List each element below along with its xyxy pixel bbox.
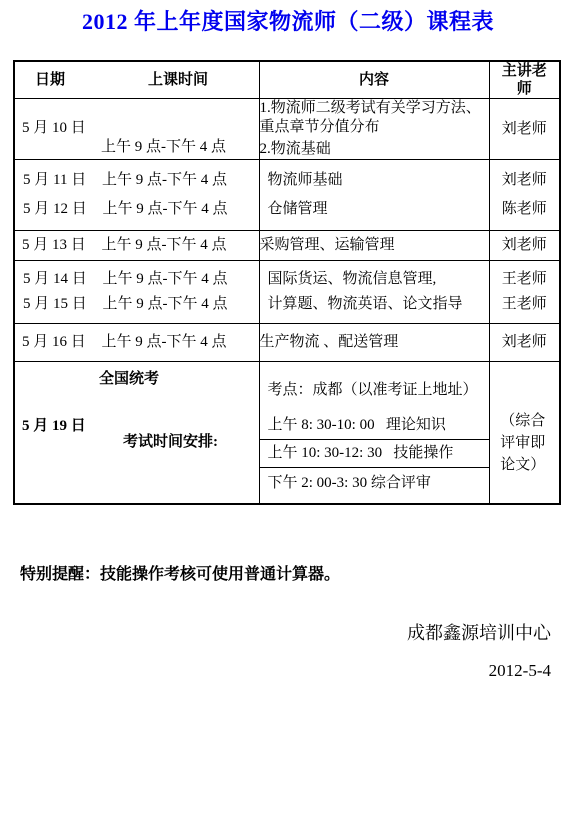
- course-schedule-table: 日期 上课时间 内容 主讲老师 5 月 10 日 上午 9 点-下午 4 点 1: [13, 60, 561, 505]
- col-header-time: 上课时间: [148, 73, 208, 88]
- row-may11-may12-date-time-cell: 5 月 11 日 上午 9 点-下午 4 点 5 月 12 日 上午 9 点-下…: [14, 160, 259, 231]
- exam-date: 5 月 19 日: [22, 419, 86, 434]
- exam-session-3: 下午 2: 00-3: 30 综合评审: [260, 468, 489, 491]
- row-may13-teacher: 刘老师: [489, 231, 560, 261]
- row-may11-may12-teacher-cell: 刘老师 陈老师: [489, 160, 560, 231]
- header-cell-content: 内容: [259, 61, 489, 99]
- row-may16-time: 上午 9 点-下午 4 点: [102, 334, 227, 350]
- col-header-content: 内容: [359, 72, 389, 88]
- row-may11-content: 物流师基础: [260, 173, 489, 188]
- exam-session-1: 上午 8: 30-10: 00 理论知识: [268, 418, 485, 433]
- exam-review-note: （综合评审即论文）: [500, 410, 548, 476]
- special-reminder: 特别提醒：技能操作考核可使用普通计算器。: [20, 561, 340, 584]
- row-may16-teacher: 刘老师: [489, 324, 560, 362]
- row-may14-date: 5 月 14 日: [23, 271, 87, 287]
- row-may14-may15-teacher-cell: 王老师 王老师: [489, 261, 560, 324]
- row-may10-teacher: 刘老师: [489, 99, 560, 160]
- row-may10-date: 5 月 10 日: [22, 121, 86, 136]
- row-may12-content: 仓储管理: [260, 202, 489, 217]
- row-may14-time: 上午 9 点-下午 4 点: [103, 271, 228, 287]
- row-may15-content: 计算题、物流英语、论文指导: [260, 297, 489, 312]
- row-may10-content-2: 2.物流基础: [260, 140, 489, 159]
- row-may10-date-time-cell: 5 月 10 日 上午 9 点-下午 4 点: [14, 99, 259, 160]
- row-may13: 5 月 13 日 上午 9 点-下午 4 点 采购管理、运输管理 刘老师: [14, 231, 560, 261]
- row-may14-teacher: 王老师: [490, 272, 560, 287]
- document-page: 2012 年上年度国家物流师（二级）课程表 日期 上课时间 内容 主讲老师: [0, 0, 576, 830]
- row-may15-teacher: 王老师: [490, 297, 560, 312]
- doc-date: 2012-5-4: [489, 661, 551, 681]
- row-may11-time: 上午 9 点-下午 4 点: [102, 172, 227, 188]
- row-may15-time: 上午 9 点-下午 4 点: [103, 296, 228, 312]
- col-header-teacher: 主讲老师: [499, 62, 549, 98]
- row-may14-may15-date-time-cell: 5 月 14 日 上午 9 点-下午 4 点 5 月 15 日 上午 9 点-下…: [14, 261, 259, 324]
- exam-left-cell: 全国统考 5 月 19 日 考试时间安排:: [14, 362, 259, 504]
- doc-title: 2012 年上年度国家物流师（二级）课程表: [0, 5, 576, 36]
- row-may16-date: 5 月 16 日: [22, 334, 86, 350]
- col-header-date: 日期: [35, 73, 65, 88]
- row-may10-content-1: 1.物流师二级考试有关学习方法、重点章节分值分布: [260, 99, 489, 137]
- exam-schedule-label: 考试时间安排:: [123, 435, 218, 450]
- row-may12-date: 5 月 12 日: [23, 201, 87, 217]
- exam-content-cell: 考点：成都（以准考证上地址） 上午 8: 30-10: 00 理论知识 上午 1…: [259, 362, 489, 504]
- row-may12-teacher: 陈老师: [490, 202, 560, 217]
- row-may13-time: 上午 9 点-下午 4 点: [102, 237, 227, 253]
- row-may16: 5 月 16 日 上午 9 点-下午 4 点 生产物流 、配送管理 刘老师: [14, 324, 560, 362]
- row-may14-may15: 5 月 14 日 上午 9 点-下午 4 点 5 月 15 日 上午 9 点-下…: [14, 261, 560, 324]
- header-cell-date-time: 日期 上课时间: [14, 61, 259, 99]
- header-cell-teacher: 主讲老师: [489, 61, 560, 99]
- row-may10-content-cell: 1.物流师二级考试有关学习方法、重点章节分值分布 2.物流基础: [259, 99, 489, 160]
- row-may11-may12-content-cell: 物流师基础 仓储管理: [259, 160, 489, 231]
- row-may12-time: 上午 9 点-下午 4 点: [103, 201, 228, 217]
- organization-signature: 成都鑫源培训中心: [407, 619, 551, 645]
- row-may13-date-time-cell: 5 月 13 日 上午 9 点-下午 4 点: [14, 231, 259, 261]
- row-may19-exam: 全国统考 5 月 19 日 考试时间安排: 考点：成都（以准考证上地址） 上午 …: [14, 362, 560, 504]
- row-may16-date-time-cell: 5 月 16 日 上午 9 点-下午 4 点: [14, 324, 259, 362]
- row-may11-teacher: 刘老师: [490, 173, 560, 188]
- exam-venue: 考点：成都（以准考证上地址）: [268, 383, 485, 398]
- exam-session-2: 上午 10: 30-12: 30 技能操作: [260, 440, 489, 468]
- row-may11-date: 5 月 11 日: [23, 172, 86, 188]
- row-may14-content: 国际货运、物流信息管理,: [260, 272, 489, 287]
- row-may14-may15-content-cell: 国际货运、物流信息管理, 计算题、物流英语、论文指导: [259, 261, 489, 324]
- row-may13-content: 采购管理、运输管理: [259, 231, 489, 261]
- row-may11-may12: 5 月 11 日 上午 9 点-下午 4 点 5 月 12 日 上午 9 点-下…: [14, 160, 560, 231]
- row-may15-date: 5 月 15 日: [23, 296, 87, 312]
- table-header-row: 日期 上课时间 内容 主讲老师: [14, 61, 560, 99]
- exam-subcell-1: 考点：成都（以准考证上地址） 上午 8: 30-10: 00 理论知识: [260, 374, 489, 440]
- exam-national-label: 全国统考: [99, 372, 159, 387]
- row-may13-date: 5 月 13 日: [22, 237, 86, 253]
- exam-teacher-cell: （综合评审即论文）: [489, 362, 560, 504]
- row-may10-time: 上午 9 点-下午 4 点: [101, 140, 226, 155]
- row-may16-content: 生产物流 、配送管理: [259, 324, 489, 362]
- row-may10: 5 月 10 日 上午 9 点-下午 4 点 1.物流师二级考试有关学习方法、重…: [14, 99, 560, 160]
